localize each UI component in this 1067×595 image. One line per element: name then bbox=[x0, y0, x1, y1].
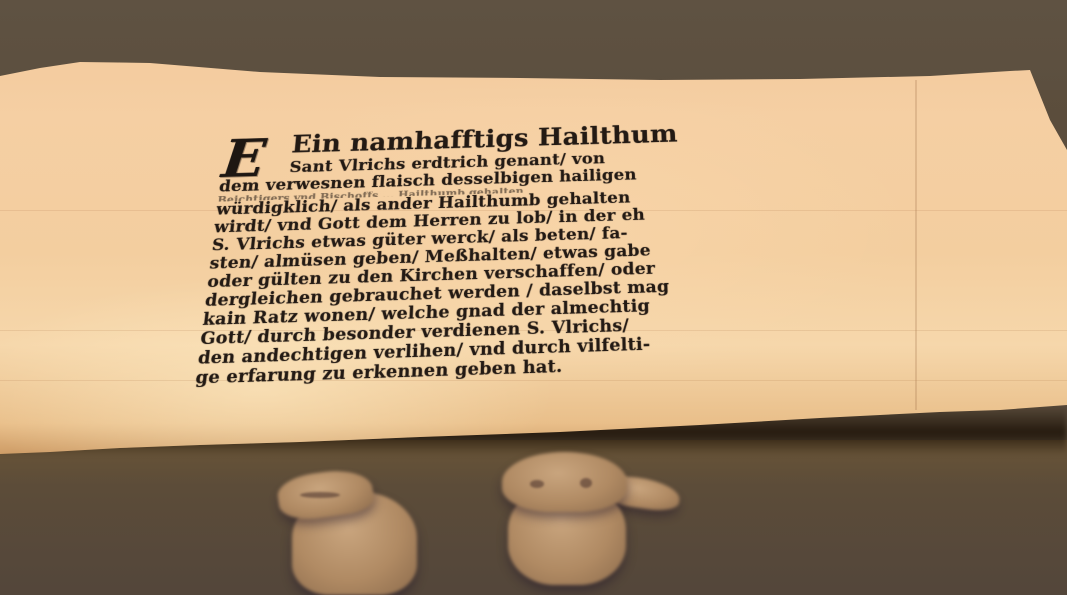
paper-fold-line bbox=[915, 80, 917, 410]
figurine-right-eye bbox=[530, 480, 544, 488]
paper-crease bbox=[0, 380, 1067, 381]
decorated-initial: E bbox=[219, 132, 268, 185]
figurine-right-head bbox=[502, 452, 627, 512]
blackletter-text-block: E Ein namhafftigs Hailthum Sant Vlrichs … bbox=[194, 115, 907, 389]
figurine-right-eye bbox=[580, 478, 592, 488]
figurine-left-groove bbox=[300, 492, 340, 498]
photo-scene: E Ein namhafftigs Hailthum Sant Vlrichs … bbox=[0, 0, 1067, 595]
